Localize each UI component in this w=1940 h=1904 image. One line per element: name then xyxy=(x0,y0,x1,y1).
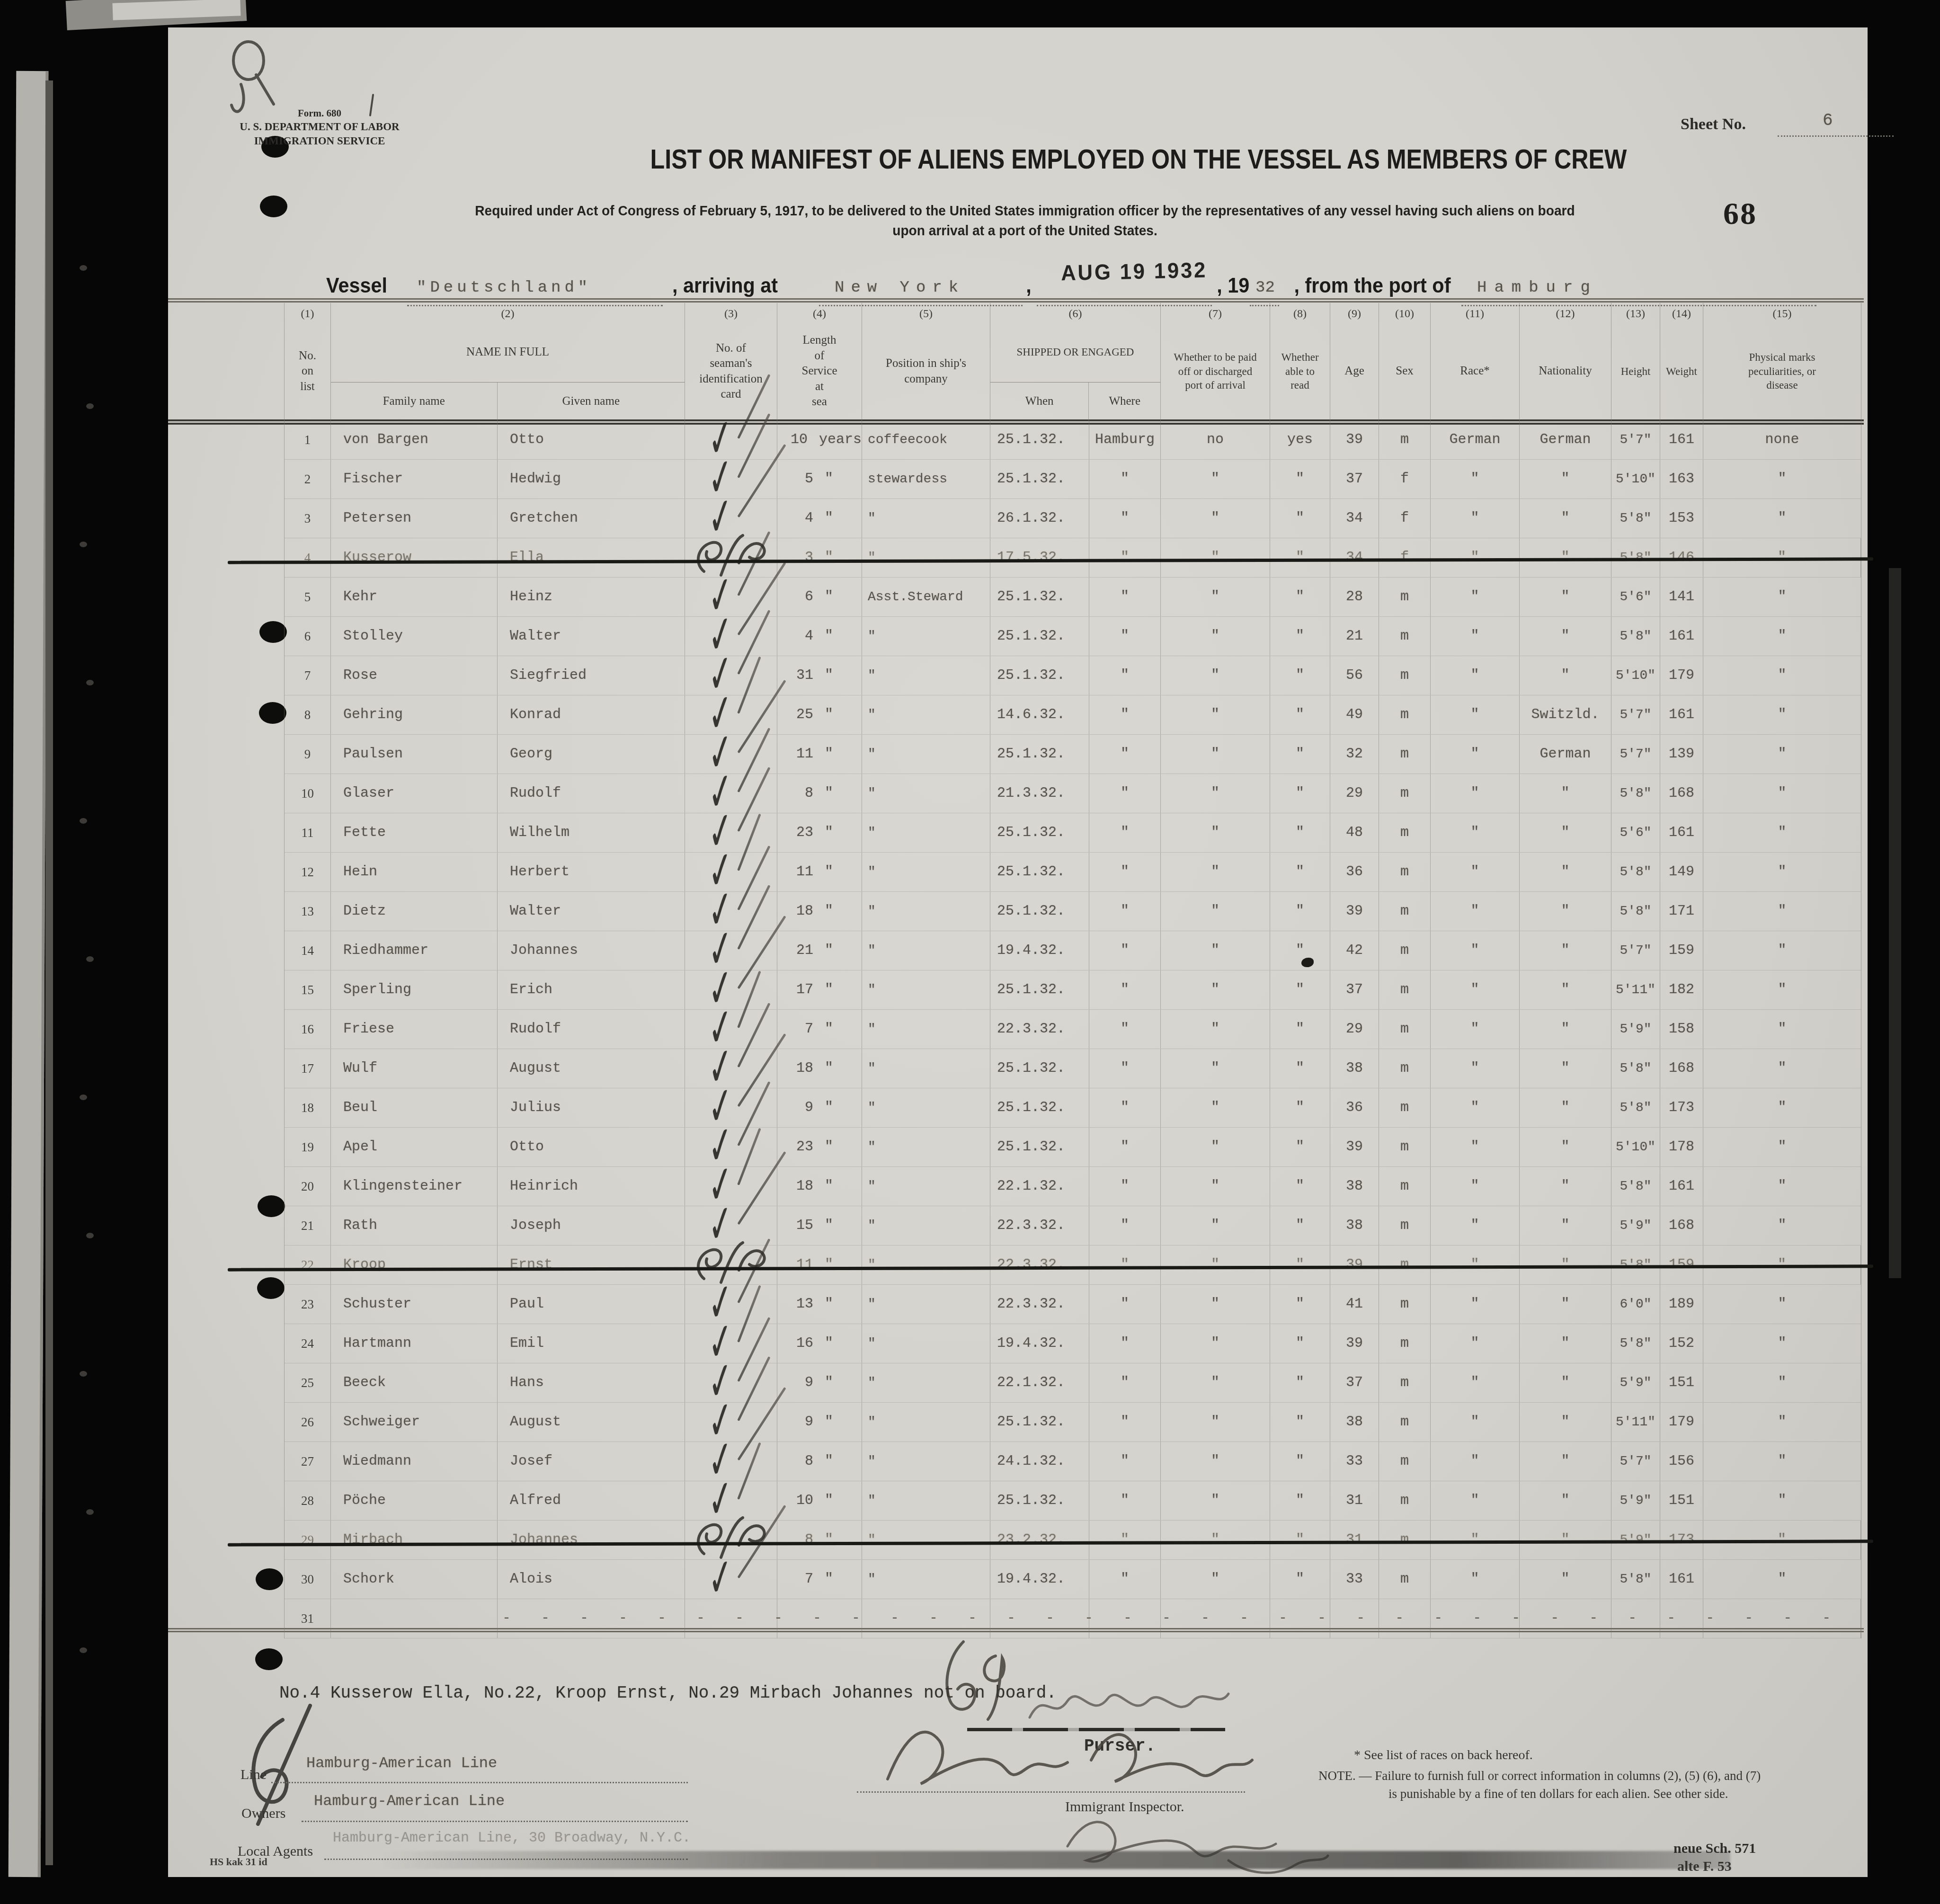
cell-given-name: Ernst xyxy=(498,1246,685,1284)
cell-service: 8" xyxy=(777,774,862,813)
cell-position: " xyxy=(862,1521,990,1559)
cell-able-to-read: " xyxy=(1270,1246,1330,1284)
cell-service: 9" xyxy=(777,1403,862,1441)
cell-where: " xyxy=(1089,1167,1161,1206)
cell-family-name: Schork xyxy=(331,1560,498,1599)
service-unit: " xyxy=(825,903,833,919)
col-physical-marks: (15)Physical marks peculiarities, or dis… xyxy=(1703,303,1861,420)
cell-height: 5'11" xyxy=(1611,970,1660,1009)
cell-able-to-read: " xyxy=(1270,695,1330,734)
cell-nationality: Switzld. xyxy=(1520,695,1611,734)
ruled-off-dashes: - - - - - - - - - - - - - - - - - - - - … xyxy=(502,1610,1851,1627)
cell-physical-marks: " xyxy=(1703,1363,1861,1402)
cell-service: 4" xyxy=(777,499,862,538)
cell-no: 1 xyxy=(285,420,331,459)
cell-service: 17" xyxy=(777,970,862,1009)
cell-paid-off: " xyxy=(1161,1324,1270,1363)
vessel-label: Vessel xyxy=(326,274,387,298)
cell-service: 10" xyxy=(777,1481,862,1520)
col-number: (6) xyxy=(1069,308,1082,320)
cell-sex: m xyxy=(1379,578,1431,616)
service-years: 23 xyxy=(777,825,813,841)
cell-given-name: Heinrich xyxy=(498,1167,685,1206)
cell-height: 5'8" xyxy=(1611,499,1660,538)
cell-family-name: Fette xyxy=(331,813,498,852)
cell-no: 23 xyxy=(285,1285,331,1324)
col-label: Physical marks peculiarities, or disease xyxy=(1748,322,1816,420)
cell-paid-off: " xyxy=(1161,1481,1270,1520)
cell-when: 25.1.32. xyxy=(990,1088,1089,1127)
stack-speck xyxy=(86,1233,94,1238)
cell-weight: 168 xyxy=(1660,774,1703,813)
owners-label: Owners xyxy=(241,1806,285,1822)
cell-weight: 153 xyxy=(1660,499,1703,538)
col-number: (2) xyxy=(501,308,515,320)
table-row: 3PetersenGretchen✓4""26.1.32."""34f""5'8… xyxy=(285,499,1861,538)
service-unit: " xyxy=(825,1571,833,1587)
col-paid-off: (7)Whether to be paid off or discharged … xyxy=(1161,303,1270,420)
cell-weight: 189 xyxy=(1660,1285,1703,1324)
cell-weight: 158 xyxy=(1660,1010,1703,1049)
cell-given-name: Joseph xyxy=(498,1206,685,1245)
paper-stack-edge xyxy=(9,71,49,1877)
service-years: 11 xyxy=(777,746,813,762)
cell-when: 25.1.32. xyxy=(990,617,1089,656)
table-row: 11FetteWilhelm✓23""25.1.32."""48m""5'6"1… xyxy=(285,813,1861,853)
cell-when: 21.3.32. xyxy=(990,774,1089,813)
cell-weight: 139 xyxy=(1660,735,1703,774)
cell-position: " xyxy=(862,1324,990,1363)
cell-service: 23" xyxy=(777,1128,862,1166)
cell-paid-off: " xyxy=(1161,1442,1270,1481)
cell-position: " xyxy=(862,1442,990,1481)
cell-able-to-read: " xyxy=(1270,1206,1330,1245)
cell-height: 6'0" xyxy=(1611,1285,1660,1324)
cell-age: 41 xyxy=(1330,1285,1379,1324)
cell-age: 33 xyxy=(1330,1560,1379,1599)
cell-height: 5'6" xyxy=(1611,578,1660,616)
port-of-origin: Hamburg xyxy=(1477,279,1598,297)
cell-when: 26.1.32. xyxy=(990,499,1089,538)
cell-when: 25.1.32. xyxy=(990,1128,1089,1166)
col-able-to-read: (8)Whether able to read xyxy=(1270,303,1330,420)
service-unit: " xyxy=(825,1178,833,1194)
cell-able-to-read: " xyxy=(1270,1010,1330,1049)
cell-id-card-mark xyxy=(685,538,777,577)
table-row: 27WiedmannJosef✓8""24.1.32."""33m""5'7"1… xyxy=(285,1442,1861,1481)
cell-nationality: " xyxy=(1520,499,1611,538)
service-unit: " xyxy=(825,1218,833,1234)
cell-paid-off: " xyxy=(1161,813,1270,852)
cell-no: 22 xyxy=(285,1246,331,1284)
cell-sex: m xyxy=(1379,1010,1431,1049)
cell-paid-off: " xyxy=(1161,1049,1270,1088)
cell-height: 5'7" xyxy=(1611,931,1660,970)
table-row: 12HeinHerbert✓11""25.1.32."""36m""5'8"14… xyxy=(285,853,1861,892)
cell-physical-marks: " xyxy=(1703,1088,1861,1127)
cell-no: 3 xyxy=(285,499,331,538)
service-unit: " xyxy=(825,1375,833,1391)
cell-sex: m xyxy=(1379,420,1431,459)
col-number: (13) xyxy=(1626,308,1645,320)
cell-when: 23.2.32. xyxy=(990,1521,1089,1559)
cell-nationality: " xyxy=(1520,656,1611,695)
cell-service: 9" xyxy=(777,1088,862,1127)
cell-race: " xyxy=(1431,499,1520,538)
service-unit: " xyxy=(825,1021,833,1037)
cell-weight: 152 xyxy=(1660,1324,1703,1363)
cell-paid-off: " xyxy=(1161,735,1270,774)
cell-family-name: Petersen xyxy=(331,499,498,538)
owners-value: Hamburg-American Line xyxy=(314,1792,505,1810)
service-unit: " xyxy=(825,1296,833,1312)
cell-able-to-read: " xyxy=(1270,1481,1330,1520)
cell-no: 19 xyxy=(285,1128,331,1166)
cell-age: 31 xyxy=(1330,1481,1379,1520)
cell-weight: 161 xyxy=(1660,813,1703,852)
cell-family-name xyxy=(331,1599,498,1638)
cell-age: 37 xyxy=(1330,1363,1379,1402)
cell-when: 19.4.32. xyxy=(990,931,1089,970)
cell-family-name: Wulf xyxy=(331,1049,498,1088)
cell-service: 6" xyxy=(777,578,862,616)
punch-hole xyxy=(260,196,287,217)
col-number: (8) xyxy=(1293,308,1307,320)
cell-given-name: Paul xyxy=(498,1285,685,1324)
cell-race: " xyxy=(1431,735,1520,774)
cell-service: 8" xyxy=(777,1521,862,1559)
service-unit: " xyxy=(825,471,833,487)
inspector-signature xyxy=(869,1713,1257,1798)
cell-sex: m xyxy=(1379,853,1431,891)
table-row: 17WulfAugust✓18""25.1.32."""38m""5'8"168… xyxy=(285,1049,1861,1088)
comma: , xyxy=(1026,274,1032,298)
cell-paid-off: " xyxy=(1161,1521,1270,1559)
table-row: 24HartmannEmil✓16""19.4.32."""39m""5'8"1… xyxy=(285,1324,1861,1363)
cell-position: " xyxy=(862,774,990,813)
cell-sex: m xyxy=(1379,695,1431,734)
cell-family-name: Rose xyxy=(331,656,498,695)
sheet-no-value: 6 xyxy=(1823,111,1833,130)
cell-position: " xyxy=(862,656,990,695)
handwritten-mark-69 xyxy=(935,1637,1020,1722)
crew-manifest-table: (1)No. on list (2)NAME IN FULL Family na… xyxy=(284,303,1861,1638)
service-unit: " xyxy=(825,707,833,723)
document-subtitle-2: upon arrival at a port of the United Sta… xyxy=(313,223,1737,239)
cell-able-to-read: " xyxy=(1270,813,1330,852)
cell-family-name: Sperling xyxy=(331,970,498,1009)
cell-when: 25.1.32. xyxy=(990,970,1089,1009)
cell-sex: m xyxy=(1379,1088,1431,1127)
cell-weight: 159 xyxy=(1660,931,1703,970)
service-unit: " xyxy=(825,667,833,684)
table-row: 19ApelOtto✓23""25.1.32."""39m""5'10"178" xyxy=(285,1128,1861,1167)
cell-service: 23" xyxy=(777,813,862,852)
cell-physical-marks: " xyxy=(1703,578,1861,616)
cell-age: 39 xyxy=(1330,420,1379,459)
cell-service: 3" xyxy=(777,538,862,577)
line-label: Line xyxy=(240,1767,267,1783)
cell-physical-marks: " xyxy=(1703,970,1861,1009)
cell-able-to-read: " xyxy=(1270,1324,1330,1363)
cell-sex: m xyxy=(1379,931,1431,970)
punch-hole xyxy=(255,1648,283,1670)
line-underline xyxy=(271,1782,688,1783)
cell-paid-off: " xyxy=(1161,970,1270,1009)
cell-position: " xyxy=(862,617,990,656)
cell-able-to-read: " xyxy=(1270,931,1330,970)
cell-given-name: Otto xyxy=(498,1128,685,1166)
cell-no: 6 xyxy=(285,617,331,656)
cell-given-name: Konrad xyxy=(498,695,685,734)
cell-no: 18 xyxy=(285,1088,331,1127)
cell-age: 29 xyxy=(1330,774,1379,813)
cell-given-name: Herbert xyxy=(498,853,685,891)
cell-no: 8 xyxy=(285,695,331,734)
subcol-family-name: Family name xyxy=(331,383,498,420)
cell-age: 31 xyxy=(1330,1521,1379,1559)
cell-sex: m xyxy=(1379,1167,1431,1206)
cell-family-name: Stolley xyxy=(331,617,498,656)
service-unit: " xyxy=(825,1493,833,1509)
cell-paid-off: " xyxy=(1161,892,1270,931)
cell-physical-marks: none xyxy=(1703,420,1861,459)
cell-age: 36 xyxy=(1330,853,1379,891)
table-body: 1von BargenOtto✓10yearscoffeecook25.1.32… xyxy=(285,420,1861,1638)
col-number: (4) xyxy=(813,308,826,320)
cell-no: 12 xyxy=(285,853,331,891)
cell-age: 38 xyxy=(1330,1049,1379,1088)
cell-able-to-read: " xyxy=(1270,1560,1330,1599)
cell-race: " xyxy=(1431,1403,1520,1441)
cell-position: " xyxy=(862,695,990,734)
cell-position: " xyxy=(862,931,990,970)
cell-family-name: Wiedmann xyxy=(331,1442,498,1481)
cell-nationality: " xyxy=(1520,460,1611,498)
cell-weight: 161 xyxy=(1660,695,1703,734)
cell-weight: 182 xyxy=(1660,970,1703,1009)
cell-given-name: Alois xyxy=(498,1560,685,1599)
cell-where: " xyxy=(1089,617,1161,656)
cell-where: " xyxy=(1089,853,1161,891)
paper-stack-shadow xyxy=(45,80,53,1865)
stack-speck xyxy=(80,1094,87,1100)
cell-nationality: German xyxy=(1520,420,1611,459)
cell-nationality: " xyxy=(1520,1403,1611,1441)
races-footnote: * See list of races on back hereof. xyxy=(1354,1748,1533,1763)
service-years: 7 xyxy=(777,1571,813,1587)
col-number: (10) xyxy=(1395,308,1414,320)
cell-race: " xyxy=(1431,1167,1520,1206)
col-number: (5) xyxy=(919,308,933,320)
inspector-signature-line xyxy=(857,1791,1245,1793)
cell-race: " xyxy=(1431,1363,1520,1402)
cell-given-name: August xyxy=(498,1403,685,1441)
cell-no: 28 xyxy=(285,1481,331,1520)
cell-able-to-read: " xyxy=(1270,892,1330,931)
cell-position: " xyxy=(862,1167,990,1206)
cell-service: 13" xyxy=(777,1285,862,1324)
cell-service: 21" xyxy=(777,931,862,970)
cell-where: " xyxy=(1089,1285,1161,1324)
cell-age: 37 xyxy=(1330,460,1379,498)
service-unit: " xyxy=(825,825,833,841)
cell-race: " xyxy=(1431,1481,1520,1520)
table-row: 18BeulJulius✓9""25.1.32."""36m""5'8"173" xyxy=(285,1088,1861,1128)
cell-given-name: August xyxy=(498,1049,685,1088)
cell-no: 30 xyxy=(285,1560,331,1599)
cell-given-name: Johannes xyxy=(498,1521,685,1559)
cell-sex: m xyxy=(1379,1521,1431,1559)
cell-paid-off: " xyxy=(1161,1246,1270,1284)
col-label: NAME IN FULL xyxy=(466,322,549,382)
cell-able-to-read: " xyxy=(1270,617,1330,656)
cell-paid-off: " xyxy=(1161,499,1270,538)
cell-when: 22.1.32. xyxy=(990,1167,1089,1206)
cell-given-name: Georg xyxy=(498,735,685,774)
cell-given-name: Walter xyxy=(498,892,685,931)
cell-nationality: " xyxy=(1520,1128,1611,1166)
cell-nationality: " xyxy=(1520,931,1611,970)
table-row: 15SperlingErich✓17""25.1.32."""37m""5'11… xyxy=(285,970,1861,1010)
cell-height: 5'8" xyxy=(1611,1167,1660,1206)
col-length-of-service: (4)Length of Service at sea xyxy=(777,303,862,420)
from-port-label: , from the port of xyxy=(1294,274,1451,298)
cell-given-name: Erich xyxy=(498,970,685,1009)
cell-position: " xyxy=(862,1481,990,1520)
col-label: SHIPPED OR ENGAGED xyxy=(1017,322,1134,382)
cell-where: " xyxy=(1089,1324,1161,1363)
subcol-where: Where xyxy=(1089,383,1160,420)
cell-no: 15 xyxy=(285,970,331,1009)
cell-where: " xyxy=(1089,1206,1161,1245)
cell-height: 5'8" xyxy=(1611,1324,1660,1363)
col-label: Race* xyxy=(1460,322,1489,420)
col-label: Whether able to read xyxy=(1281,322,1318,420)
cell-family-name: Gehring xyxy=(331,695,498,734)
table-row: 31- - - - - - - - - - - - - - - - - - - … xyxy=(285,1599,1861,1638)
service-years: 4 xyxy=(777,510,813,526)
cell-no: 29 xyxy=(285,1521,331,1559)
service-unit: " xyxy=(825,785,833,801)
service-years: 9 xyxy=(777,1100,813,1116)
cell-race: German xyxy=(1431,420,1520,459)
punch-hole xyxy=(258,1195,285,1217)
stack-speck xyxy=(86,403,94,409)
cell-when: 25.1.32. xyxy=(990,460,1089,498)
cell-paid-off: " xyxy=(1161,538,1270,577)
cell-service: 8" xyxy=(777,1442,862,1481)
service-years: 18 xyxy=(777,1178,813,1194)
cell-sex: m xyxy=(1379,1246,1431,1284)
cell-age: 56 xyxy=(1330,656,1379,695)
cell-service: 31" xyxy=(777,656,862,695)
cell-when: 22.3.32. xyxy=(990,1246,1089,1284)
cell-service: 11" xyxy=(777,735,862,774)
cell-able-to-read: " xyxy=(1270,1442,1330,1481)
cell-family-name: Rath xyxy=(331,1206,498,1245)
cell-nationality: " xyxy=(1520,1442,1611,1481)
cell-physical-marks: " xyxy=(1703,735,1861,774)
cell-age: 49 xyxy=(1330,695,1379,734)
cell-nationality: " xyxy=(1520,1481,1611,1520)
cell-id-card-mark xyxy=(685,1246,777,1284)
cell-position: " xyxy=(862,735,990,774)
vessel-name: "Deutschland" xyxy=(417,279,591,297)
cell-paid-off: no xyxy=(1161,420,1270,459)
cell-given-name: Josef xyxy=(498,1442,685,1481)
service-years: 10 xyxy=(777,432,808,448)
cell-service: 18" xyxy=(777,1167,862,1206)
cell-able-to-read: " xyxy=(1270,1088,1330,1127)
cell-race: " xyxy=(1431,1088,1520,1127)
year-typed: 32 xyxy=(1255,279,1275,297)
printer-mark: HS kak 31 id xyxy=(210,1856,267,1868)
col-sex: (10)Sex xyxy=(1379,303,1431,420)
cell-sex: f xyxy=(1379,499,1431,538)
cell-age: 28 xyxy=(1330,578,1379,616)
cell-age: 39 xyxy=(1330,1324,1379,1363)
cell-sex: m xyxy=(1379,1442,1431,1481)
cell-physical-marks: " xyxy=(1703,1128,1861,1166)
col-label: Nationality xyxy=(1539,322,1592,420)
cell-where: " xyxy=(1089,813,1161,852)
cell-physical-marks: " xyxy=(1703,813,1861,852)
stack-speck xyxy=(80,1647,87,1653)
sheet-no-line xyxy=(1778,135,1894,137)
cell-race: " xyxy=(1431,813,1520,852)
col-race: (11)Race* xyxy=(1431,303,1520,420)
cell-nationality: " xyxy=(1520,1049,1611,1088)
service-unit: " xyxy=(825,1100,833,1116)
cell-physical-marks: " xyxy=(1703,1403,1861,1441)
cell-when: 25.1.32. xyxy=(990,735,1089,774)
cell-race: " xyxy=(1431,1010,1520,1049)
service-unit: " xyxy=(825,589,833,605)
cell-nationality: " xyxy=(1520,1363,1611,1402)
handwritten-annotation xyxy=(690,528,775,589)
cell-nationality: " xyxy=(1520,1324,1611,1363)
cell-height: 5'10" xyxy=(1611,656,1660,695)
cell-no: 21 xyxy=(285,1206,331,1245)
cell-position: " xyxy=(862,1560,990,1599)
cell-height: 5'10" xyxy=(1611,1128,1660,1166)
cell-age: 36 xyxy=(1330,1088,1379,1127)
cell-height: 5'6" xyxy=(1611,813,1660,852)
cell-sex: m xyxy=(1379,1285,1431,1324)
stack-speck xyxy=(80,818,87,824)
col-label: Position in ship's company xyxy=(886,322,966,420)
cell-age: 38 xyxy=(1330,1167,1379,1206)
service-unit: years xyxy=(819,432,862,448)
table-row: 1von BargenOtto✓10yearscoffeecook25.1.32… xyxy=(285,420,1861,460)
col-weight: (14)Weight xyxy=(1660,303,1703,420)
service-unit: " xyxy=(825,628,833,644)
cell-no: 31 xyxy=(285,1599,331,1638)
cell-no: 17 xyxy=(285,1049,331,1088)
cell-given-name: Otto xyxy=(498,420,685,459)
cell-when: 22.3.32. xyxy=(990,1206,1089,1245)
service-years: 17 xyxy=(777,982,813,998)
service-unit: " xyxy=(825,1060,833,1077)
cell-no: 2 xyxy=(285,460,331,498)
cell-family-name: Apel xyxy=(331,1128,498,1166)
cell-given-name: Rudolf xyxy=(498,1010,685,1049)
cell-family-name: Friese xyxy=(331,1010,498,1049)
cell-when: 22.3.32. xyxy=(990,1010,1089,1049)
cell-where: " xyxy=(1089,1363,1161,1402)
cell-nationality: " xyxy=(1520,1285,1611,1324)
